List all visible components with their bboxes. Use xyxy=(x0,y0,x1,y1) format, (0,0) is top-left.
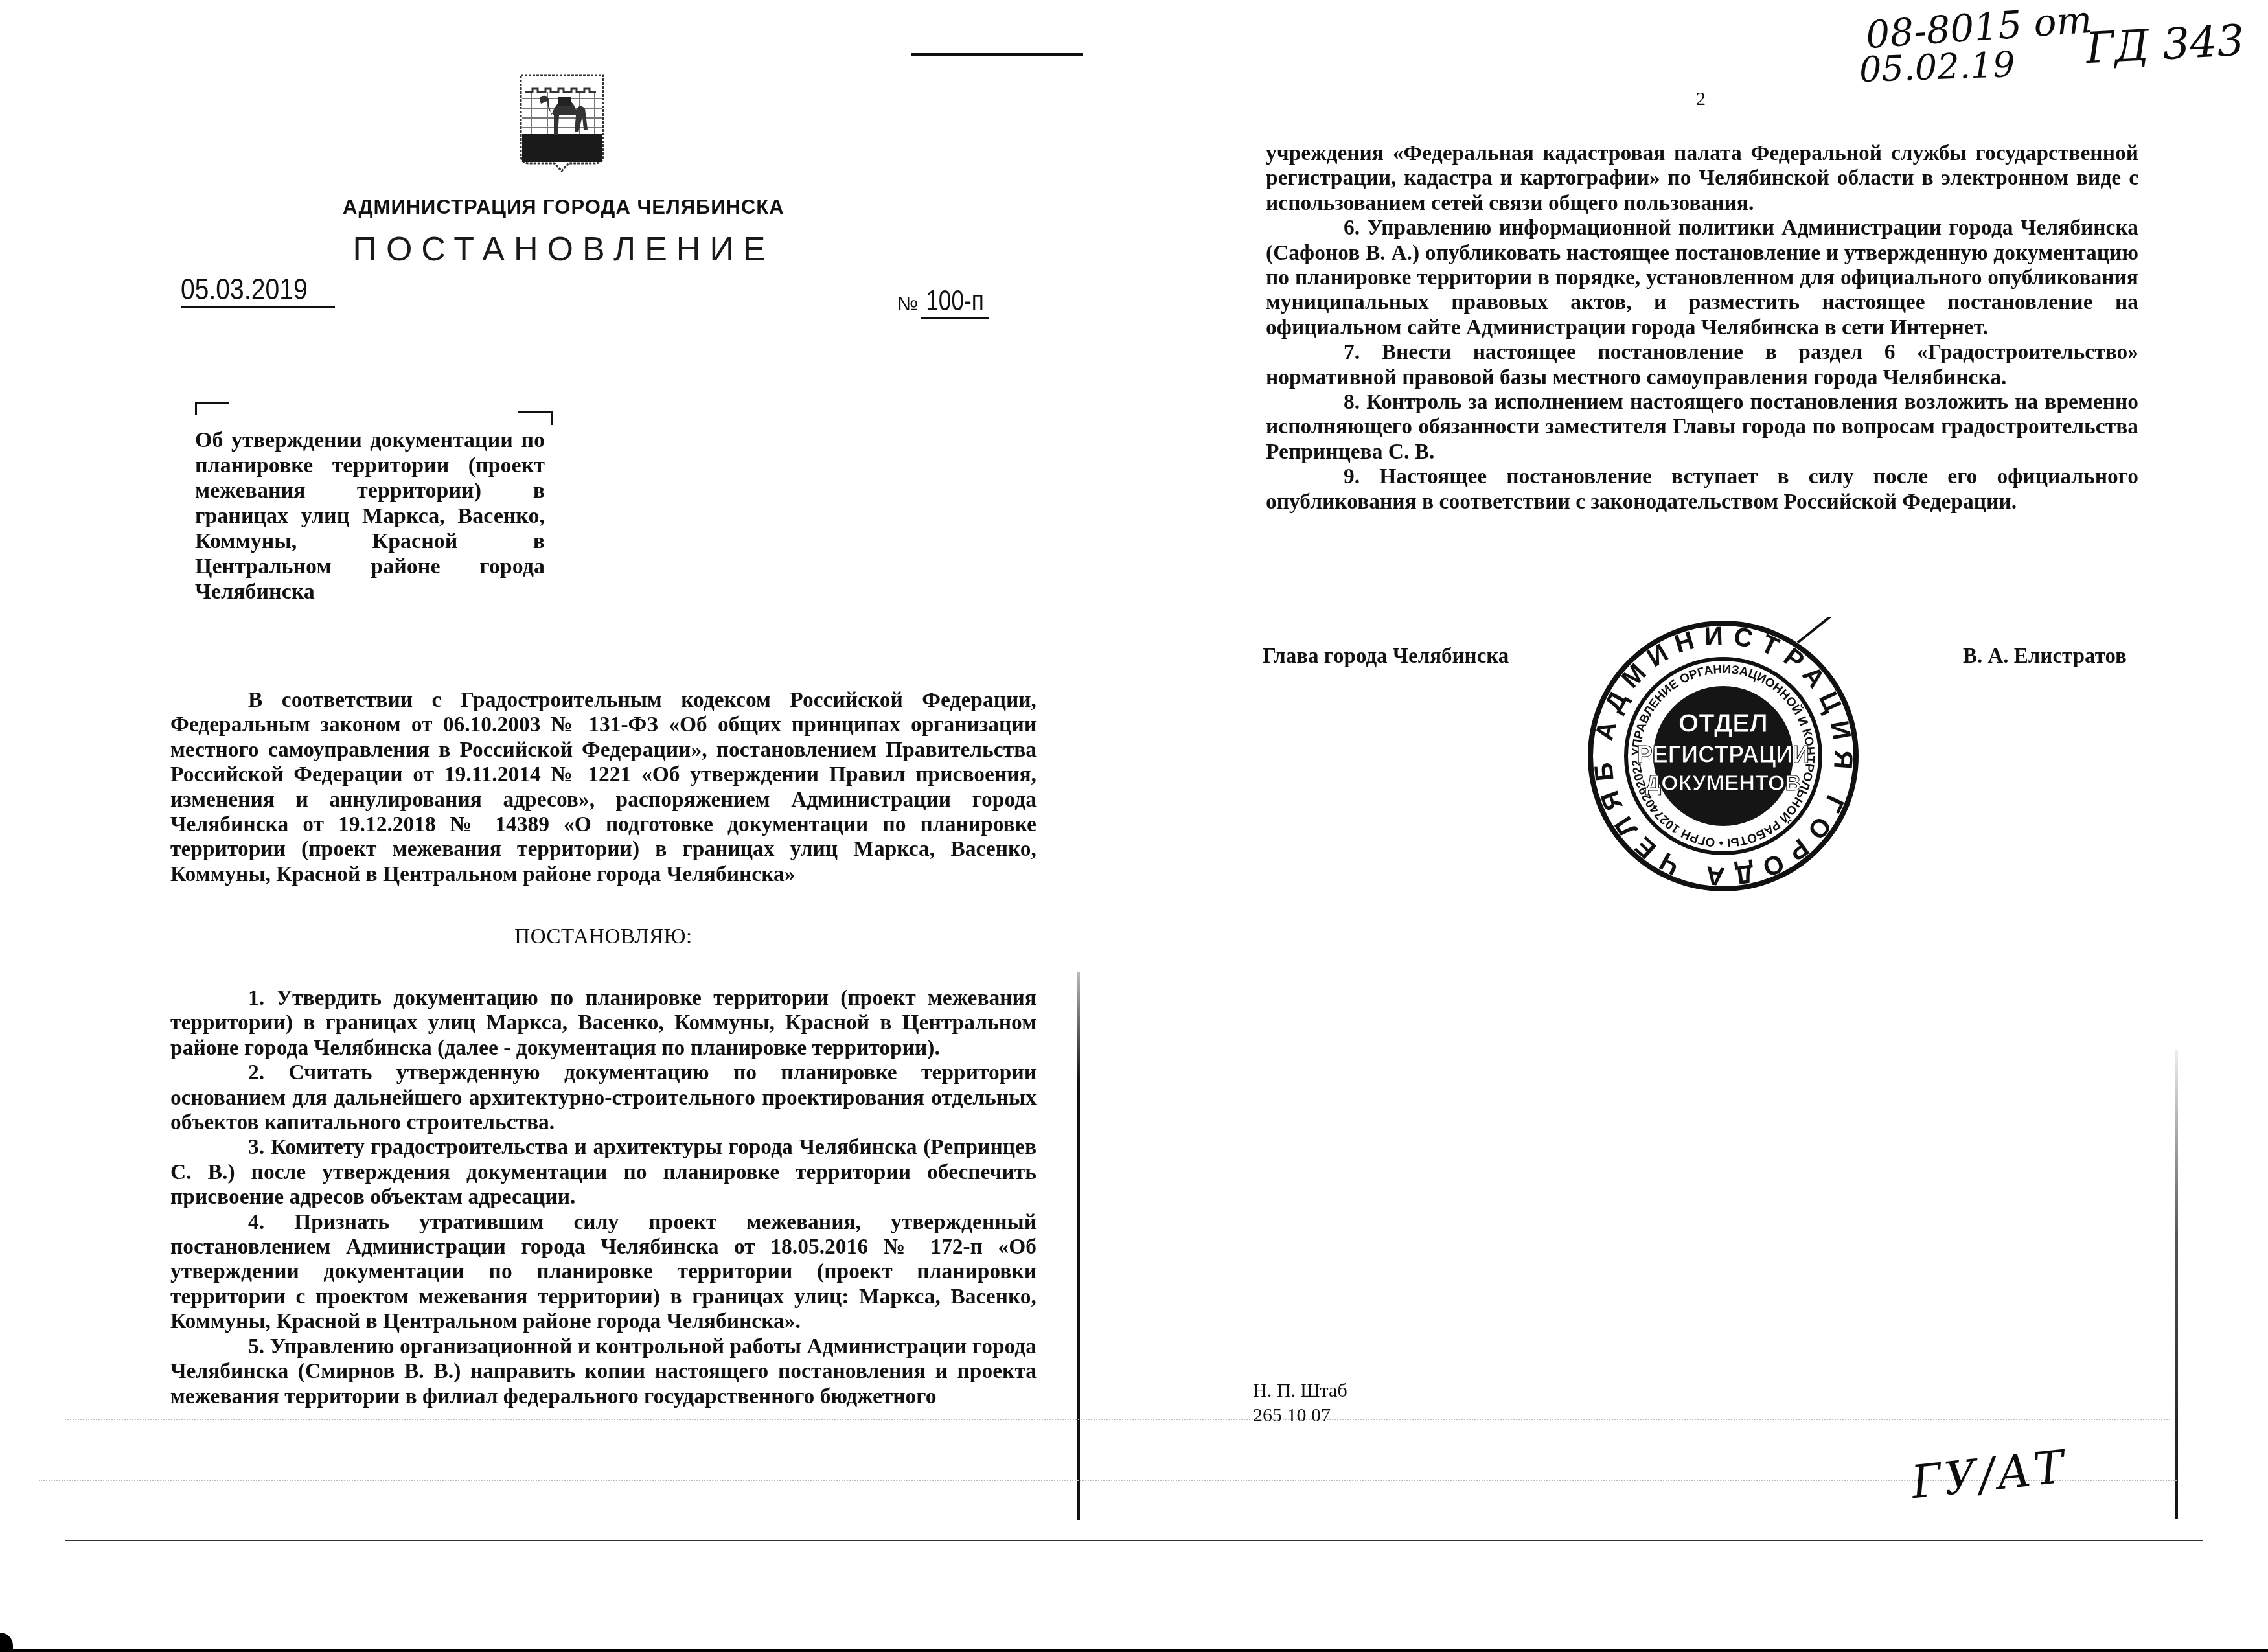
scan-corner-shadow xyxy=(0,1633,13,1652)
scan-top-line xyxy=(911,53,1083,56)
decree-point-8: 8. Контроль за исполнением настоящего по… xyxy=(1266,390,2138,465)
document-number: 100-п xyxy=(921,285,989,319)
subject-bracket-right xyxy=(518,411,553,425)
stamp-center-line-1: ОТДЕЛ xyxy=(1678,709,1768,738)
scan-artifact-line xyxy=(65,1419,2170,1421)
decree-heading: ПОСТАНОВЛЯЮ: xyxy=(170,925,1037,949)
signatory-position: Глава города Челябинска xyxy=(1263,645,1509,669)
scan-bottom-band xyxy=(0,1649,2268,1652)
decree-point-5: 5. Управлению организационной и контроль… xyxy=(170,1335,1037,1409)
decree-point-7: 7. Внести настоящее постановление в разд… xyxy=(1266,340,2138,390)
decree-point-9: 9. Настоящее постановление вступает в си… xyxy=(1266,465,2138,514)
number-sign: № xyxy=(897,293,918,315)
stamp-center-line-3: ДОКУМЕНТОВ xyxy=(1645,771,1801,796)
official-seal-stamp: АДМИНИСТРАЦИЯ ГОРОДА ЧЕЛЯБИНСКА УПРАВЛЕН… xyxy=(1584,617,1862,895)
stamp-center-line-2: РЕГИСТРАЦИИ xyxy=(1637,741,1809,768)
page-divider xyxy=(1077,972,1080,1520)
decree-point-1: 1. Утвердить документацию по планировке … xyxy=(170,986,1037,1061)
preamble: В соответствии с Градостроительным кодек… xyxy=(170,688,1037,887)
document-subject: Об утверждении документации по планировк… xyxy=(195,428,545,604)
page-edge-line xyxy=(2175,1050,2178,1519)
organization-name: АДМИНИСТРАЦИЯ ГОРОДА ЧЕЛЯБИНСКА xyxy=(343,196,783,219)
handwritten-registration-date: 05.02.19 xyxy=(1859,44,2016,90)
document-date: 05.03.2019 xyxy=(181,272,335,308)
subject-bracket-left xyxy=(195,402,229,415)
executor-info: Н. П. Штаб 265 10 07 xyxy=(1253,1379,1347,1428)
chelyabinsk-coat-of-arms-icon xyxy=(518,73,606,176)
decree-point-2: 2. Считать утвержденную документацию по … xyxy=(170,1061,1037,1135)
preamble-text: В соответствии с Градостроительным кодек… xyxy=(170,688,1037,887)
document-number-field: № 100-п xyxy=(897,285,1020,324)
document-type-heading: ПОСТАНОВЛЕНИЕ xyxy=(350,230,777,269)
decree-point-4: 4. Признать утратившим силу проект межев… xyxy=(170,1210,1037,1335)
signatory-name: В. А. Елистратов xyxy=(1963,645,2127,669)
page-number: 2 xyxy=(1696,88,1706,110)
decree-points-page1: 1. Утвердить документацию по планировке … xyxy=(170,986,1037,1409)
scan-bottom-line xyxy=(65,1540,2203,1541)
executor-name: Н. П. Штаб xyxy=(1253,1379,1347,1403)
decree-point-6: 6. Управлению информационной политики Ад… xyxy=(1266,216,2138,340)
handwritten-code: ГД 343 xyxy=(2085,16,2245,74)
scan-artifact-line xyxy=(39,1480,2177,1482)
decree-points-page2: учреждения «Федеральная кадастровая пала… xyxy=(1266,141,2138,514)
handwritten-initials: ГУ/АТ xyxy=(1908,1440,2068,1509)
point-5-continuation: учреждения «Федеральная кадастровая пала… xyxy=(1266,141,2138,216)
decree-point-3: 3. Комитету градостроительства и архитек… xyxy=(170,1135,1037,1210)
executor-phone: 265 10 07 xyxy=(1253,1403,1347,1428)
